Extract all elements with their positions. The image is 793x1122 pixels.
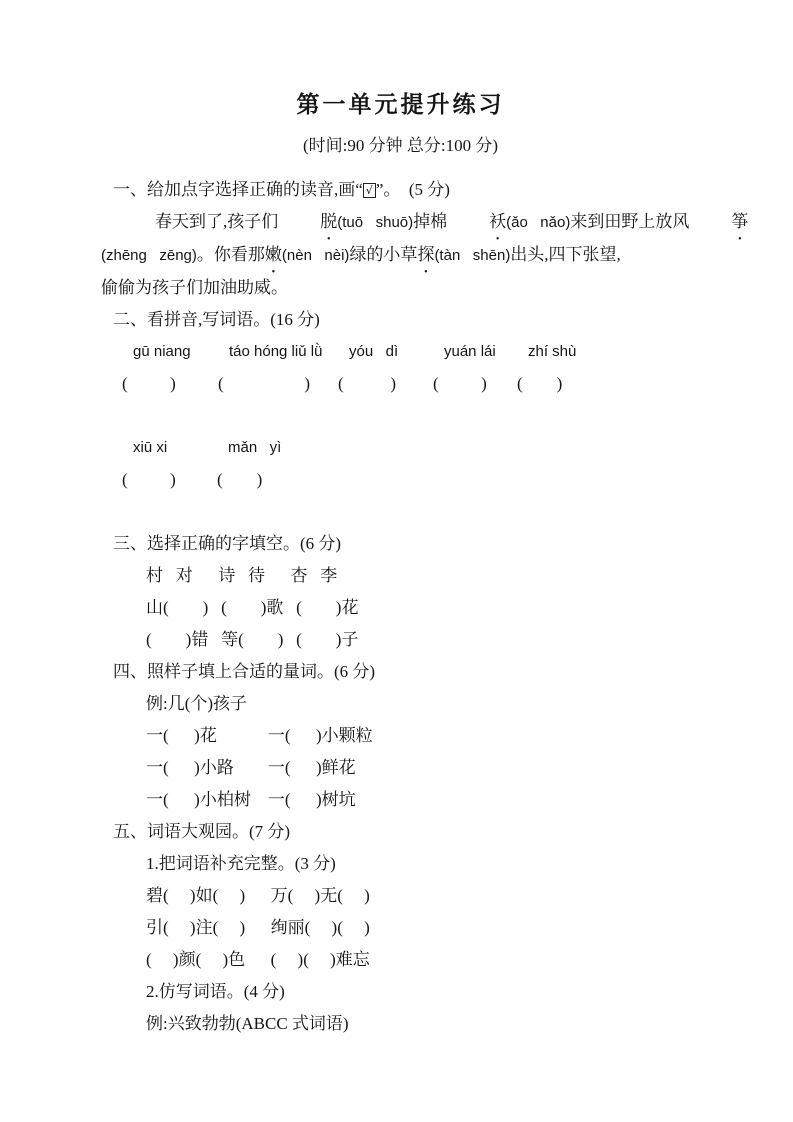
pinyin-choice-nen-nei: (nèn nèi) [282, 247, 350, 264]
check-mark-box: √ [363, 183, 376, 198]
worksheet-body: 一、给加点字选择正确的读音,画“√”。 (5 分) 春天到了,孩子们脱(tuō … [113, 174, 688, 1040]
section1-heading: 一、给加点字选择正确的读音,画“√”。 (5 分) [113, 174, 688, 206]
idiom-completion-row-2: 引( )注( ) 绚丽( )( ) [113, 912, 688, 944]
passage-text: 绿的小草 [349, 245, 417, 264]
pinyin-tao-hong-liu-lv: táo hóng liǔ lǜ [218, 336, 338, 368]
pinyin-word-grid-row2: xiū xi ( ) mǎn yì ( ) [113, 432, 688, 496]
character-bank: 村 对 诗 待 杏 李 [113, 560, 688, 592]
pinyin-choice-ao-nao: (ǎo nǎo) [506, 214, 570, 231]
passage-text: 掉棉 [413, 212, 447, 231]
passage-line-2: (zhēng zēng)。你看那嫩(nèn nèi)绿的小草探(tàn shēn… [101, 239, 688, 272]
pinyin-choice-zheng-zeng: (zhēng zēng) [101, 247, 197, 264]
pinyin-you-di: yóu dì [338, 336, 433, 368]
pinyin-xiu-xi: xiū xi [122, 432, 217, 464]
passage-text: 出头,四下张望, [510, 245, 621, 264]
measure-word-example: 例:几(个)孩子 [113, 688, 688, 720]
worksheet-page: 第一单元提升练习 (时间:90 分钟 总分:100 分) 一、给加点字选择正确的… [0, 0, 793, 1040]
abcc-example: 例:兴致勃勃(ABCC 式词语) [113, 1008, 688, 1040]
answer-blank: ( ) [122, 368, 218, 400]
measure-word-row-3: 一( )小柏树 一( )树坑 [113, 784, 688, 816]
pinyin-word-cell: gū niang ( ) [122, 336, 218, 400]
section5-subtask-2: 2.仿写词语。(4 分) [113, 976, 688, 1008]
section5-heading: 五、词语大观园。(7 分) [113, 816, 688, 848]
dotted-char-tuo: 脱 [278, 206, 337, 238]
pinyin-man-yi: mǎn yì [217, 432, 301, 464]
passage-line-1: 春天到了,孩子们脱(tuō shuō)掉棉袄(ǎo nǎo)来到田野上放风筝 [113, 206, 688, 239]
idiom-completion-row-1: 碧( )如( ) 万( )无( ) [113, 880, 688, 912]
pinyin-word-cell: mǎn yì ( ) [217, 432, 301, 496]
section1-heading-text: 一、给加点字选择正确的读音,画“ [113, 180, 363, 199]
answer-blank: ( ) [122, 464, 217, 496]
blank-line [113, 400, 688, 432]
section2-heading: 二、看拼音,写词语。(16 分) [113, 304, 688, 336]
measure-word-row-1: 一( )花 一( )小颗粒 [113, 720, 688, 752]
page-title: 第一单元提升练习 [113, 88, 688, 122]
blank-line [113, 496, 688, 528]
measure-word-row-2: 一( )小路 一( )鲜花 [113, 752, 688, 784]
fill-blank-row-1: 山( ) ( )歌 ( )花 [113, 592, 688, 624]
idiom-completion-row-3: ( )颜( )色 ( )( )难忘 [113, 944, 688, 976]
pinyin-word-cell: táo hóng liǔ lǜ ( ) [218, 336, 338, 400]
fill-blank-row-2: ( )错 等( ) ( )子 [113, 624, 688, 656]
pinyin-word-cell: zhí shù ( ) [517, 336, 601, 400]
passage-text: 。你看那 [197, 245, 265, 264]
section4-heading: 四、照样子填上合适的量词。(6 分) [113, 656, 688, 688]
dotted-char-zheng: 筝 [689, 206, 748, 238]
dotted-char-ao: 袄 [447, 206, 506, 238]
dotted-char-nen: 嫩 [265, 239, 282, 271]
section3-heading: 三、选择正确的字填空。(6 分) [113, 528, 688, 560]
pinyin-word-cell: yuán lái ( ) [433, 336, 517, 400]
answer-blank: ( ) [517, 368, 601, 400]
pinyin-zhi-shu: zhí shù [517, 336, 601, 368]
pinyin-choice-tuo-shuo: (tuō shuō) [337, 214, 413, 231]
passage-text: 春天到了,孩子们 [155, 212, 278, 231]
passage-text: 来到田野上放风 [570, 212, 689, 231]
exam-time-score-info: (时间:90 分钟 总分:100 分) [113, 132, 688, 160]
pinyin-word-cell: yóu dì ( ) [338, 336, 433, 400]
answer-blank: ( ) [433, 368, 517, 400]
section5-subtask-1: 1.把词语补充完整。(3 分) [113, 848, 688, 880]
answer-blank: ( ) [218, 368, 338, 400]
answer-blank: ( ) [217, 464, 301, 496]
pinyin-word-cell: xiū xi ( ) [122, 432, 217, 496]
answer-blank: ( ) [338, 368, 433, 400]
passage-line-3: 偷偷为孩子们加油助威。 [101, 272, 688, 304]
pinyin-gu-niang: gū niang [122, 336, 218, 368]
dotted-char-tan: 探 [417, 239, 434, 271]
pinyin-word-grid-row1: gū niang ( ) táo hóng liǔ lǜ ( ) yóu dì … [113, 336, 688, 400]
pinyin-yuan-lai: yuán lái [433, 336, 517, 368]
pinyin-choice-tan-shen: (tàn shēn) [434, 247, 510, 264]
section1-heading-score: ”。 (5 分) [376, 180, 450, 199]
